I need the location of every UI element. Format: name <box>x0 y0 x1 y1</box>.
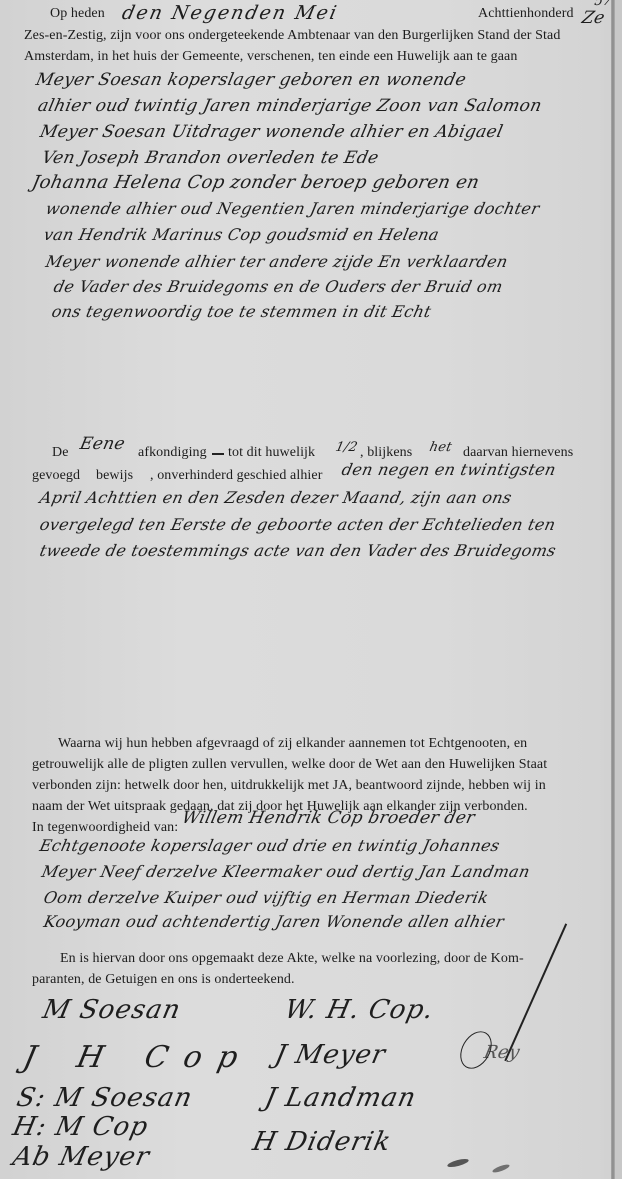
proclamation-label-bewijs: bewijs <box>96 465 133 486</box>
closing-line-2: paranten, de Getuigen en ons is ondertee… <box>32 969 295 990</box>
proclamation-line-1: April Achttien en den Zesden dezer Maand… <box>38 488 514 507</box>
proclamation-count-handwritten: Eene <box>78 434 127 454</box>
signature-groom-father: S: M Soesan <box>14 1083 196 1113</box>
witness-line-3: Oom derzelve Kuiper oud vijftig en Herma… <box>42 888 490 907</box>
proclamation-date-handwritten: den negen en twintigsten <box>340 460 558 479</box>
bride-line-3: van Hendrik Marinus Cop goudsmid en Hele… <box>42 225 441 244</box>
proclamation-label-afkondiging: afkondiging <box>138 442 207 463</box>
header-prefix: Op heden <box>50 3 105 24</box>
proclamation-line-3: tweede de toestemmings acte van den Vade… <box>38 541 558 560</box>
presence-label: In tegenwoordigheid van: <box>32 817 178 838</box>
bride-line-4: Meyer wonende alhier ter andere zijde En… <box>44 252 510 271</box>
vows-line-3: verbonden zijn: hetwelk door hen, uitdru… <box>32 775 546 796</box>
signature-groom: M Soesan <box>40 995 184 1025</box>
header-year-mark: Ze <box>580 8 607 28</box>
proclamation-label-geschied: , onverhinderd geschied alhier <box>150 465 323 486</box>
bride-line-1: Johanna Helena Cop zonder beroep geboren… <box>30 172 481 193</box>
proclamation-label-gevoegd: gevoegd <box>32 465 80 486</box>
bride-line-2: wonende alhier oud Negentien Jaren minde… <box>44 199 541 218</box>
vows-line-2: getrouwelijk alle de pligten zullen verv… <box>32 754 547 775</box>
signature-groom-relative: Ab Meyer <box>10 1142 153 1172</box>
header-date-handwritten: den Negenden Mei <box>120 2 340 24</box>
proclamation-label-de: De <box>52 442 69 463</box>
signature-bride-father: H: M Cop <box>10 1112 151 1142</box>
bride-line-5: de Vader des Bruidegoms en de Ouders der… <box>52 277 505 296</box>
groom-line-4: Ven Joseph Brandon overleden te Ede <box>40 148 381 168</box>
ink-blot <box>492 1163 511 1174</box>
signature-witness-2: J Meyer <box>272 1040 389 1070</box>
blank-dash <box>212 453 224 455</box>
proclamation-article-handwritten: het <box>428 440 453 455</box>
header-year-prefix: Achttienhonderd <box>478 3 574 24</box>
witness-line-4: Kooyman oud achtendertig Jaren Wonende a… <box>42 912 506 931</box>
proclamation-label-huwelijk: tot dit huwelijk <box>228 442 315 463</box>
signature-witness-1: W. H. Cop. <box>282 995 437 1025</box>
witness-line-2: Meyer Neef derzelve Kleermaker oud derti… <box>40 862 532 881</box>
signature-witness-3: J Landman <box>262 1083 419 1113</box>
bride-line-6: ons tegenwoordig toe te stemmen in dit E… <box>50 302 433 321</box>
page-margin-edge <box>615 0 622 1179</box>
civil-marriage-record-page: 57 Op heden den Negenden Mei Achttienhon… <box>0 0 622 1179</box>
groom-line-3: Meyer Soesan Uitdrager wonende alhier en… <box>38 122 505 142</box>
vows-line-1: Waarna wij hun hebben afgevraagd of zij … <box>58 733 527 754</box>
signature-witness-4: H Diderik <box>250 1127 394 1157</box>
ink-blot <box>447 1157 470 1168</box>
proclamation-line-2: overgelegd ten Eerste de geboorte acten … <box>38 515 557 534</box>
closing-line-1: En is hiervan door ons opgemaakt deze Ak… <box>60 948 524 969</box>
groom-line-1: Meyer Soesan koperslager geboren en wone… <box>34 70 468 90</box>
witness-line-1: Echtgenoote koperslager oud drie en twin… <box>38 836 502 855</box>
signature-bride: J H Cop <box>20 1040 257 1075</box>
header-line-3: Amsterdam, in het huis der Gemeente, ver… <box>24 46 517 67</box>
official-flourish-stroke <box>504 923 566 1061</box>
presence-handwritten: Willem Hendrik Cop broeder der <box>180 808 477 828</box>
groom-line-2: alhier oud twintig Jaren minderjarige Zo… <box>36 96 544 116</box>
proclamation-fraction-handwritten: 1/2 <box>334 440 359 455</box>
header-line-2: Zes-en-Zestig, zijn voor ons ondergeteek… <box>24 25 560 46</box>
